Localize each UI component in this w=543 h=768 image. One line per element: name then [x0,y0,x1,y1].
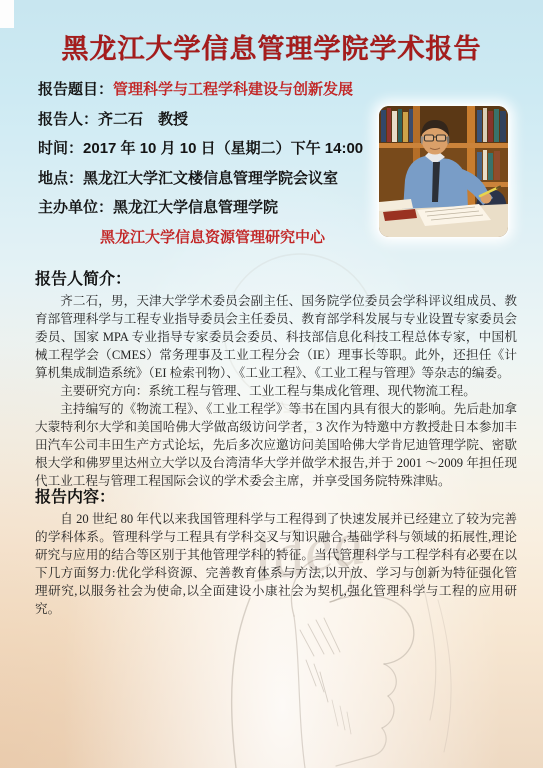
speaker-label: 报告人： [38,111,98,128]
info-row-organizer: 主办单位：黑龙江大学信息管理学院 [38,198,398,218]
organizer-value: 黑龙江大学信息管理学院 [113,199,278,216]
speaker-value: 齐二石 教授 [98,111,188,128]
time-label: 时间： [38,140,83,157]
bio-paragraph-3: 主持编写的《物流工程》、《工业工程学》等书在国内具有很大的影响。先后赴加拿大蒙特… [35,400,517,490]
info-section: 报告题目：管理科学与工程学科建设与创新发展 报告人：齐二石 教授 时间：2017… [38,80,398,257]
venue-value: 黑龙江大学汇文楼信息管理学院会议室 [83,170,338,187]
page-title: 黑龙江大学信息管理学院学术报告 [0,27,543,66]
content-paragraph: 自 20 世纪 80 年代以来我国管理科学与工程得到了快速发展并已经建立了较为完… [35,510,517,618]
bio-paragraph-1: 齐二石，男，天津大学学术委员会副主任、国务院学位委员会学科评议组成员、教育部管理… [35,292,517,382]
organizer-second-line: 黑龙江大学信息资源管理研究中心 [38,228,398,248]
bio-section: 齐二石，男，天津大学学术委员会副主任、国务院学位委员会学科评议组成员、教育部管理… [35,292,517,490]
wrist-line [232,598,250,768]
time-value: 2017 年 10 月 10 日（星期二）下午 14:00 [83,140,363,157]
corner-notch [0,0,14,28]
info-row-topic: 报告题目：管理科学与工程学科建设与创新发展 [38,80,398,100]
content-section: 自 20 世纪 80 年代以来我国管理科学与工程得到了快速发展并已经建立了较为完… [35,510,517,618]
bio-paragraph-2: 主要研究方向：系统工程与管理、工业工程与集成化管理、现代物流工程。 [35,382,517,400]
topic-value: 管理科学与工程学科建设与创新发展 [113,81,353,98]
topic-label: 报告题目： [38,81,113,98]
organizer-label: 主办单位： [38,199,113,216]
bio-heading: 报告人简介： [35,266,131,289]
info-row-speaker: 报告人：齐二石 教授 [38,110,398,130]
lecture-poster: Idea 黑龙江大学信息管理学院学术报告 报告题目：管理科学与工程学科建设与创新… [0,0,543,768]
info-row-venue: 地点：黑龙江大学汇文楼信息管理学院会议室 [38,169,398,189]
info-row-time: 时间：2017 年 10 月 10 日（星期二）下午 14:00 [38,139,398,159]
hatching [300,618,340,702]
venue-label: 地点： [38,170,83,187]
content-heading: 报告内容： [35,484,115,507]
speaker-photo [379,106,508,237]
